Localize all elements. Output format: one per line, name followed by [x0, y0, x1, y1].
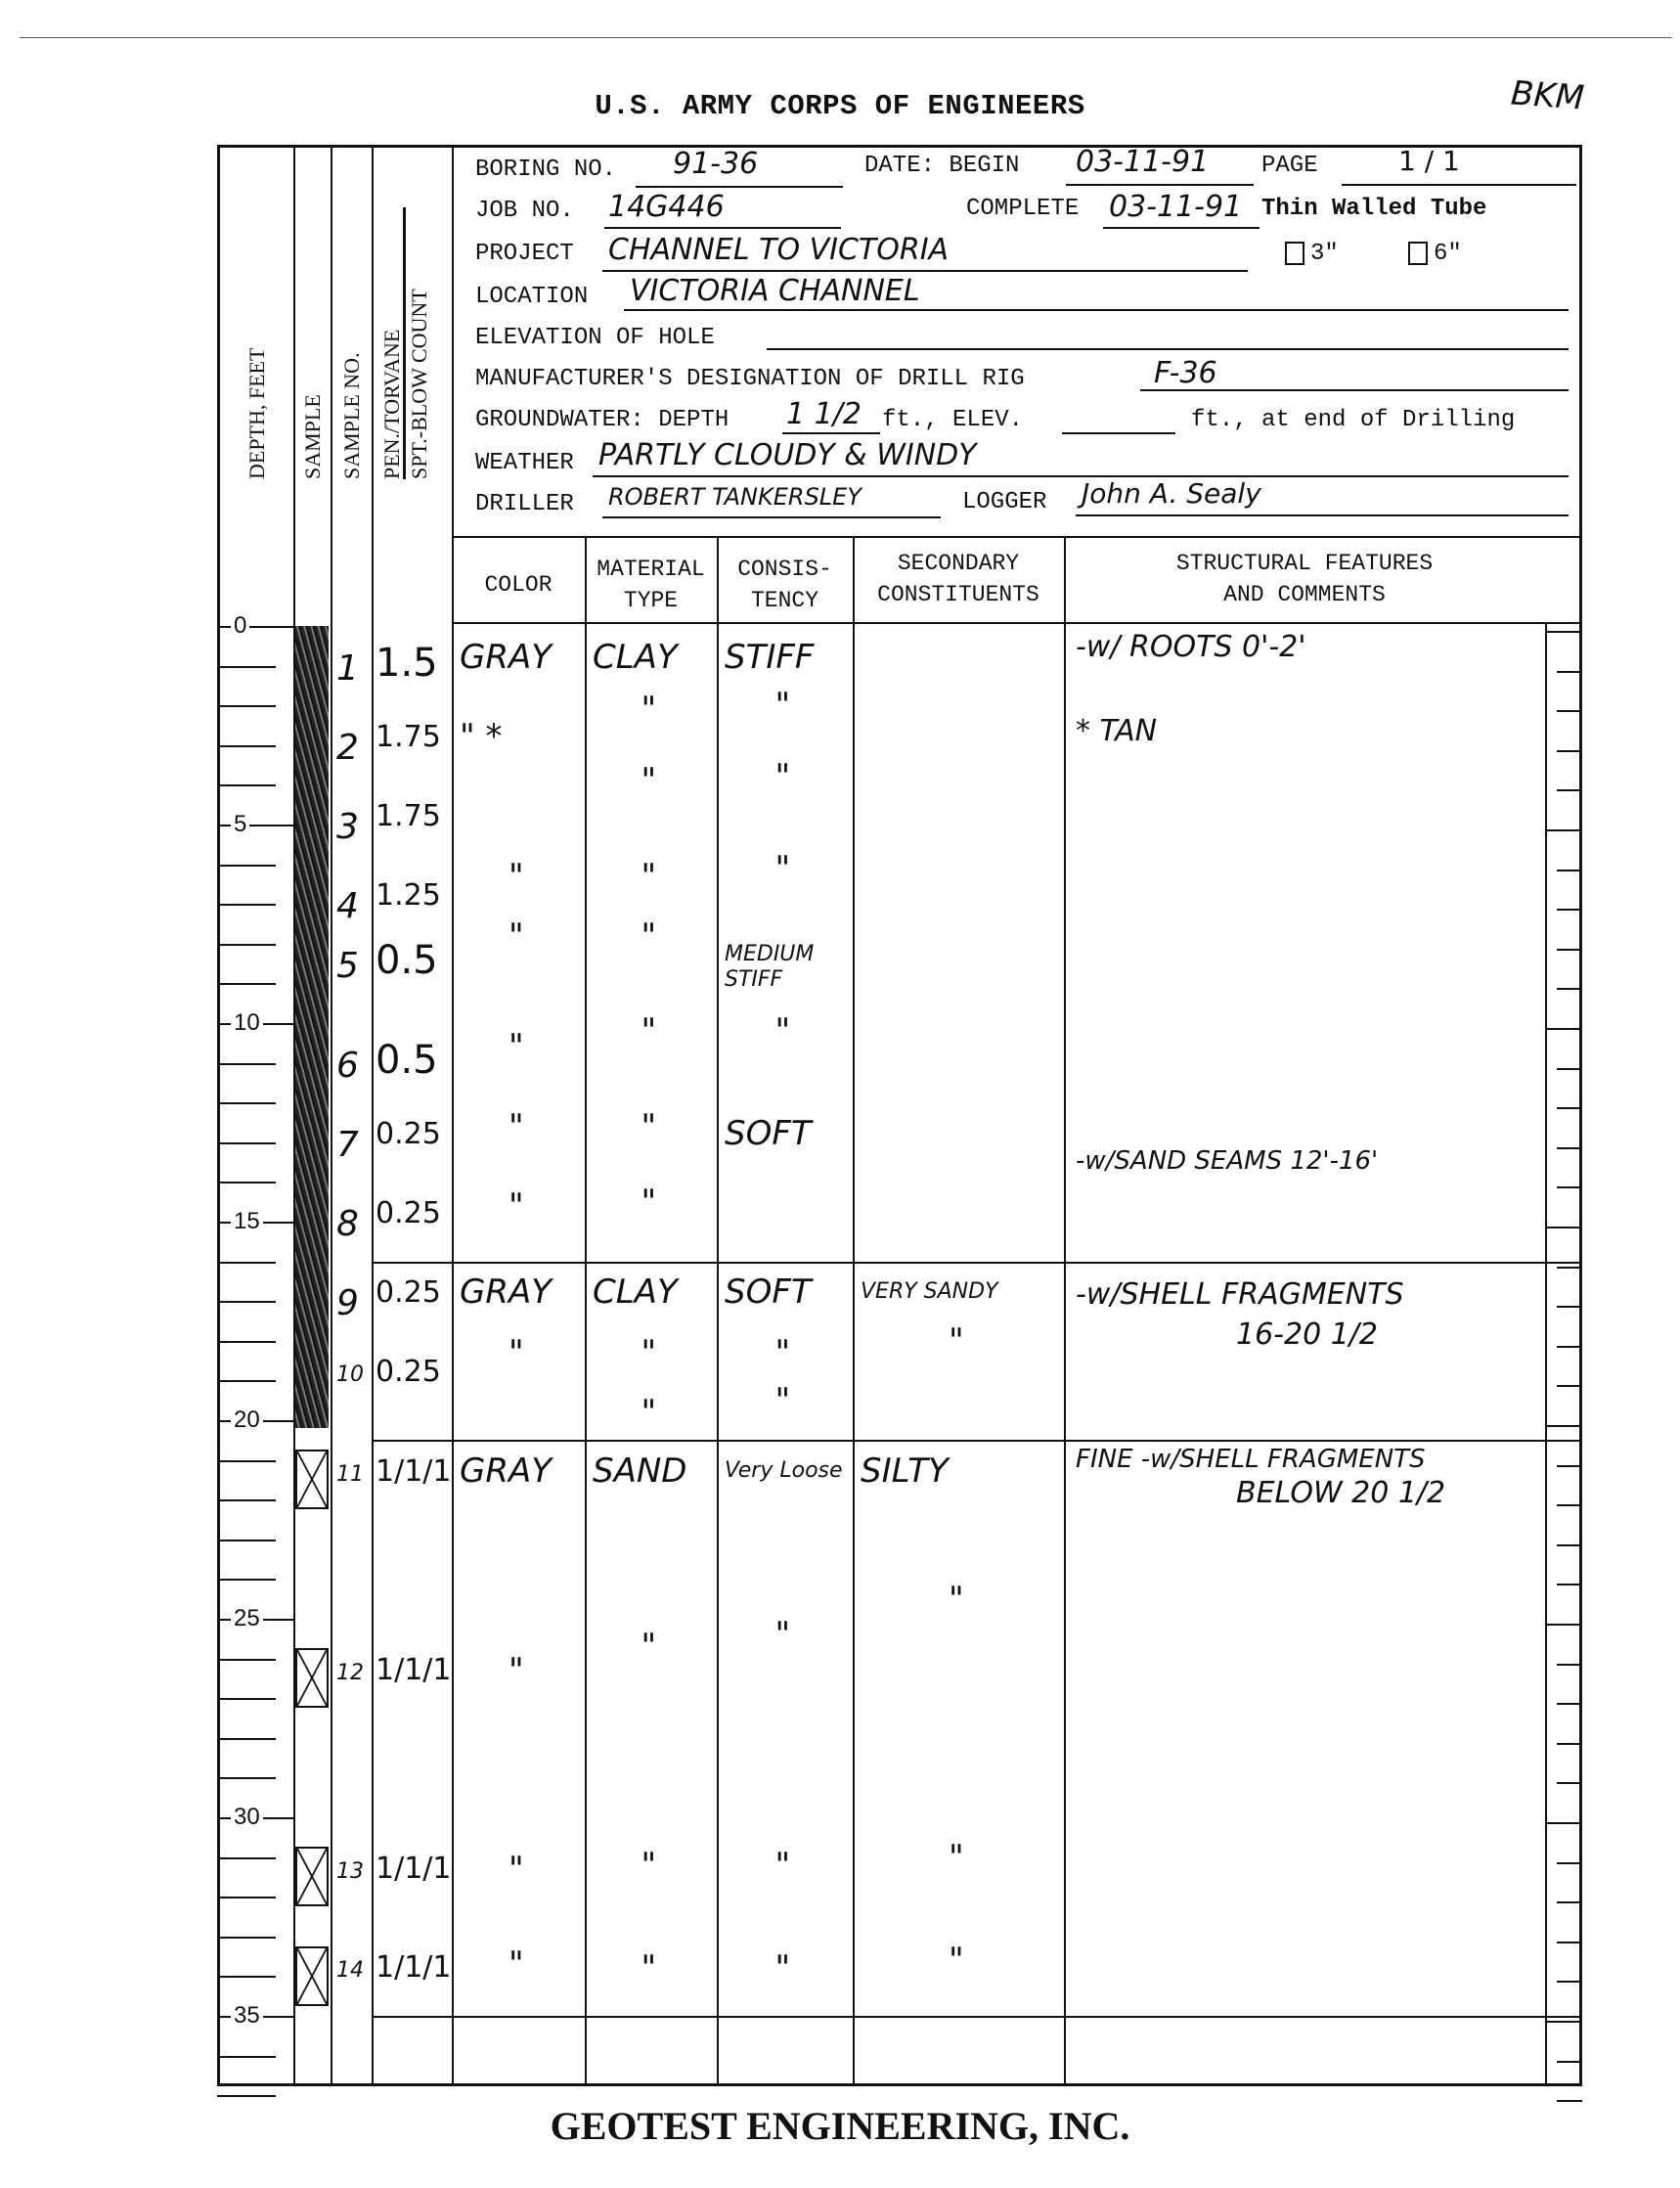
material-column-header: MATERIALTYPE	[585, 554, 717, 616]
right-depth-tick	[1557, 671, 1582, 673]
sample-number: 8	[336, 1204, 359, 1244]
consistency-value: STIFF	[725, 645, 849, 670]
header-divider	[452, 145, 454, 536]
structural-comment: * TAN	[1076, 714, 1157, 748]
date-begin-value[interactable]: 03-11-91	[1076, 145, 1209, 179]
right-depth-tick	[1557, 870, 1582, 871]
boring-no-underline	[636, 186, 843, 188]
ditto-mark: "	[775, 1948, 791, 1987]
sample-number: 5	[336, 946, 359, 986]
sample-number: 11	[336, 1462, 364, 1487]
ditto-mark: "	[508, 1850, 524, 1889]
stratum-boundary-line	[372, 1440, 1582, 1442]
sample-number: 9	[336, 1283, 359, 1323]
pen-torvane-value: 1.75	[376, 799, 441, 833]
spt-sample-marker	[295, 1450, 329, 1509]
ditto-mark: "	[641, 690, 657, 729]
date-begin-underline	[1066, 184, 1254, 186]
sample-number: 1	[336, 648, 359, 689]
depth-tick	[217, 1579, 276, 1581]
ditto-mark: "	[508, 1333, 524, 1372]
right-depth-tick	[1557, 1743, 1582, 1745]
logger-signature[interactable]: John A. Sealy	[1082, 477, 1261, 510]
depth-label: 30	[231, 1804, 263, 1831]
depth-tick	[217, 904, 276, 906]
weather-label: WEATHER	[475, 450, 574, 476]
consistency-value: Very Loose	[725, 1458, 849, 1484]
pen-torvane-value: 0.25	[376, 1117, 441, 1151]
page-underline	[1342, 184, 1576, 186]
ditto-mark: "	[641, 1393, 657, 1432]
sample-number: 6	[336, 1046, 359, 1086]
right-depth-tick	[1557, 1664, 1582, 1666]
structural-comment: BELOW 20 1/2	[1236, 1476, 1445, 1510]
depth-tick	[217, 1976, 276, 1978]
right-depth-tick	[1557, 710, 1582, 712]
ditto-mark: "	[775, 1333, 791, 1372]
ditto-mark: "	[775, 1846, 791, 1885]
tube-3in-checkbox[interactable]	[1285, 242, 1304, 265]
right-depth-tick	[1557, 949, 1582, 951]
material-value: SAND	[593, 1458, 713, 1484]
depth-tick	[217, 1380, 276, 1382]
spt-sample-marker	[295, 1648, 329, 1708]
ditto-mark: "	[641, 857, 657, 896]
sample-number: 3	[336, 807, 359, 847]
depth-tick	[217, 1897, 276, 1898]
right-depth-tick	[1545, 829, 1582, 831]
consistency-value: SOFT	[725, 1279, 849, 1305]
depth-label: 10	[231, 1009, 263, 1037]
page-label: PAGE	[1261, 153, 1318, 179]
logger-label: LOGGER	[962, 489, 1046, 515]
right-depth-tick	[1557, 1186, 1582, 1188]
pen-torvane-value: 0.5	[376, 1038, 438, 1083]
depth-label: 20	[231, 1407, 263, 1434]
sample-number: 14	[336, 1958, 364, 1983]
page-value[interactable]: 1 / 1	[1398, 145, 1460, 177]
right-depth-tick	[1557, 1306, 1582, 1308]
structural-comment: -w/SHELL FRAGMENTS	[1076, 1277, 1404, 1312]
secondary-column-header: SECONDARYCONSTITUENTS	[853, 548, 1064, 610]
pen-torvane-value: 0.25	[376, 1196, 441, 1230]
depth-label: 35	[231, 2002, 263, 2030]
sample-x-icon	[297, 1948, 327, 2004]
corner-initials: BKM	[1510, 73, 1586, 117]
right-depth-tick	[1557, 988, 1582, 990]
ditto-mark: "	[508, 1186, 524, 1226]
sample-number: 4	[336, 886, 359, 926]
groundwater-elev-underline	[1062, 432, 1175, 434]
project-label: PROJECT	[475, 241, 574, 267]
right-depth-tick	[1557, 1346, 1582, 1348]
shelby-tube-sample-fill	[295, 626, 329, 1428]
right-depth-tick	[1557, 1068, 1582, 1070]
column-divider	[853, 536, 855, 2086]
footer-company: GEOTEST ENGINEERING, INC.	[0, 2103, 1680, 2149]
agency-title: U.S. ARMY CORPS OF ENGINEERS	[0, 90, 1680, 122]
right-depth-tick	[1557, 750, 1582, 752]
right-depth-tick	[1557, 909, 1582, 911]
sample-x-icon	[297, 1849, 327, 1904]
depth-tick	[217, 1102, 276, 1104]
pen-torvane-value: 1.75	[376, 720, 441, 754]
ditto-mark: "	[508, 857, 524, 896]
ditto-mark: "	[775, 757, 791, 796]
complete-value[interactable]: 03-11-91	[1109, 190, 1242, 224]
spt-sample-marker	[295, 1946, 329, 2006]
secondary-value: SILTY	[861, 1458, 1060, 1484]
depth-tick	[217, 2056, 276, 2058]
ditto-mark: "	[508, 1027, 524, 1066]
job-no-value[interactable]: 14G446	[608, 190, 725, 224]
depth-tick	[217, 705, 276, 707]
right-depth-tick	[1545, 1624, 1582, 1626]
driller-value[interactable]: ROBERT TANKERSLEY	[608, 483, 862, 511]
depth-tick	[217, 784, 276, 786]
project-value[interactable]: CHANNEL TO VICTORIA	[608, 233, 949, 267]
header-bottom-line	[452, 536, 1582, 538]
ditto-mark: "	[949, 1580, 964, 1619]
job-no-underline	[604, 227, 841, 229]
depth-tick	[217, 1301, 276, 1303]
groundwater-depth-underline	[782, 432, 880, 434]
stratum-boundary-line	[372, 1262, 1582, 1264]
ditto-mark: "	[641, 1627, 657, 1666]
depth-label: 5	[231, 811, 249, 838]
elevation-underline	[767, 348, 1569, 350]
ditto-mark: "	[641, 916, 657, 956]
sample-number: 2	[336, 728, 359, 768]
depth-tick	[217, 1262, 276, 1264]
complete-underline	[1103, 227, 1260, 229]
ditto-mark: "	[775, 849, 791, 888]
weather-value[interactable]: PARTLY CLOUDY & WINDY	[598, 438, 977, 472]
right-depth-tick	[1557, 1385, 1582, 1387]
consistency-value: SOFT	[725, 1121, 849, 1146]
spt-blow-count-header: SPT.-BLOW COUNT	[407, 289, 432, 479]
logger-underline	[1076, 514, 1569, 516]
ditto-mark: "	[641, 1011, 657, 1050]
drill-rig-underline	[1140, 389, 1569, 391]
depth-tick	[217, 1937, 276, 1939]
structural-comment: -w/ ROOTS 0'-2'	[1076, 630, 1305, 664]
depth-tick	[217, 2095, 276, 2097]
project-underline	[602, 270, 1248, 272]
groundwater-label: GROUNDWATER: DEPTH	[475, 407, 729, 433]
ditto-mark: "	[641, 761, 657, 800]
pen-torvane-value: 1/1/1	[376, 1852, 451, 1886]
pen-torvane-value: 1.5	[376, 641, 438, 686]
sample-column-header: SAMPLE	[300, 394, 326, 479]
pen-torvane-value: 0.25	[376, 1355, 441, 1389]
depth-tick	[217, 1540, 276, 1541]
column-header-bottom-line	[452, 622, 1582, 624]
pen-torvane-value: 0.25	[376, 1275, 441, 1310]
depth-tick	[217, 666, 276, 668]
depth-label: 15	[231, 1208, 263, 1235]
depth-tick	[217, 1777, 276, 1779]
tube-6in-checkbox[interactable]	[1408, 242, 1428, 265]
pen-torvane-header: PEN./TORVANE	[379, 330, 405, 479]
ditto-mark: "	[641, 1846, 657, 1885]
right-depth-tick	[1557, 2100, 1582, 2102]
driller-underline	[602, 516, 941, 518]
depth-label: 25	[231, 1605, 263, 1632]
right-depth-tick	[1557, 789, 1582, 791]
right-depth-tick	[1545, 1028, 1582, 1030]
sample-number: 10	[336, 1362, 364, 1387]
ditto-mark: "	[949, 1838, 964, 1877]
tube-6in-label: 6"	[1434, 241, 1462, 267]
column-divider	[372, 145, 374, 2086]
right-depth-tick	[1557, 1901, 1582, 1903]
tube-6in-option[interactable]: 6"	[1408, 241, 1462, 267]
ditto-mark: "	[775, 1381, 791, 1420]
ditto-mark: "	[641, 1948, 657, 1987]
sample-no-column-header: SAMPLE NO.	[339, 352, 365, 479]
scan-top-edge	[20, 37, 1672, 38]
drill-rig-label: MANUFACTURER'S DESIGNATION OF DRILL RIG	[475, 366, 1025, 392]
sample-number: 13	[336, 1859, 364, 1884]
secondary-value: VERY SANDY	[861, 1279, 1060, 1305]
right-depth-tick	[1557, 1504, 1582, 1506]
depth-tick	[217, 1857, 276, 1859]
right-depth-tick	[1557, 1465, 1582, 1467]
job-no-label: JOB NO.	[475, 198, 574, 224]
right-depth-tick	[1545, 631, 1582, 633]
ditto-mark: "	[641, 1107, 657, 1146]
boring-no-label: BORING NO.	[475, 156, 616, 183]
right-depth-tick	[1557, 1267, 1582, 1269]
right-depth-tick	[1557, 1107, 1582, 1109]
depth-tick	[217, 1142, 276, 1144]
color-value: GRAY	[460, 645, 581, 670]
right-depth-tick	[1557, 1147, 1582, 1149]
ditto-mark: "	[508, 1651, 524, 1690]
right-depth-tick	[1545, 2021, 1582, 2023]
thin-walled-tube-label: Thin Walled Tube	[1261, 196, 1486, 222]
groundwater-elev-label: ft., ELEV.	[882, 407, 1023, 433]
ditto-mark: "	[949, 1321, 964, 1361]
depth-tick	[217, 1698, 276, 1700]
right-depth-tick	[1557, 1981, 1582, 1983]
depth-tick	[217, 1499, 276, 1501]
right-depth-tick	[1557, 2061, 1582, 2063]
consistency-value: MEDIUM STIFF	[725, 942, 849, 993]
ditto-mark: "	[508, 916, 524, 956]
sample-x-icon	[297, 1451, 327, 1507]
location-underline	[624, 309, 1569, 311]
location-label: LOCATION	[475, 284, 588, 310]
right-depth-tick	[1557, 1584, 1582, 1585]
column-divider	[1064, 536, 1066, 2086]
material-value: CLAY	[593, 1279, 713, 1305]
ditto-mark: "	[775, 1615, 791, 1654]
right-depth-tick	[1557, 1862, 1582, 1864]
ditto-mark: "	[508, 1944, 524, 1984]
pen-torvane-value: 1/1/1	[376, 1950, 451, 1985]
groundwater-end-label: ft., at end of Drilling	[1191, 407, 1515, 433]
sample-x-icon	[297, 1650, 327, 1706]
depth-tick	[217, 983, 276, 985]
ditto-mark: "	[949, 1941, 964, 1980]
right-depth-tick	[1545, 1425, 1582, 1427]
pen-torvane-value: 1/1/1	[376, 1454, 451, 1489]
ditto-mark: "	[641, 1183, 657, 1222]
groundwater-depth-value[interactable]: 1 1/2	[786, 397, 862, 431]
complete-label: COMPLETE	[966, 196, 1079, 222]
color-value: " *	[460, 724, 581, 749]
column-divider	[585, 536, 587, 2086]
weather-underline	[593, 475, 1569, 477]
column-divider	[331, 145, 332, 2086]
consistency-column-header: CONSIS-TENCY	[717, 554, 853, 616]
right-depth-tick	[1557, 1544, 1582, 1546]
depth-tick	[217, 865, 276, 867]
date-begin-label: DATE: BEGIN	[864, 153, 1019, 179]
material-value: CLAY	[593, 645, 713, 670]
pen-torvane-value: 1/1/1	[376, 1653, 451, 1687]
driller-label: DRILLER	[475, 491, 574, 517]
structural-comment: -w/SAND SEAMS 12'-16'	[1076, 1146, 1378, 1176]
ditto-mark: "	[641, 1333, 657, 1372]
location-value[interactable]: VICTORIA CHANNEL	[630, 274, 920, 308]
sample-number: 7	[336, 1125, 359, 1165]
depth-tick	[217, 944, 276, 946]
tube-3in-option[interactable]: 3"	[1285, 241, 1339, 267]
ditto-mark: "	[775, 1011, 791, 1050]
structural-column-header: STRUCTURAL FEATURESAND COMMENTS	[1064, 548, 1545, 610]
color-column-header: COLOR	[452, 569, 585, 601]
right-depth-tick	[1557, 1703, 1582, 1705]
stratum-boundary-line	[372, 2016, 1582, 2018]
pen-spt-divider	[403, 207, 406, 479]
structural-comment: 16-20 1/2	[1236, 1317, 1378, 1352]
sample-number: 12	[336, 1661, 364, 1685]
right-depth-tick	[1557, 1782, 1582, 1784]
depth-tick	[217, 745, 276, 747]
ditto-mark: "	[775, 686, 791, 725]
drill-rig-value[interactable]: F-36	[1154, 356, 1217, 390]
right-depth-tick	[1557, 1942, 1582, 1943]
depth-major-tick	[217, 626, 293, 628]
elevation-label: ELEVATION OF HOLE	[475, 325, 715, 351]
right-depth-tick	[1545, 1822, 1582, 1824]
color-value: GRAY	[460, 1279, 581, 1305]
ditto-mark: "	[508, 1107, 524, 1146]
color-value: GRAY	[460, 1458, 581, 1484]
depth-tick	[217, 1460, 276, 1462]
depth-tick	[217, 1341, 276, 1343]
depth-tick	[217, 1063, 276, 1065]
spt-sample-marker	[295, 1847, 329, 1906]
depth-label: 0	[231, 612, 249, 640]
tick-column-divider	[1545, 622, 1547, 2086]
column-divider	[717, 536, 719, 2086]
depth-tick	[217, 1182, 276, 1183]
depth-major-tick	[217, 825, 293, 826]
depth-tick	[217, 1738, 276, 1740]
pen-torvane-value: 0.5	[376, 938, 438, 983]
right-depth-tick	[1545, 1227, 1582, 1228]
tube-3in-label: 3"	[1310, 241, 1339, 267]
depth-tick	[217, 1659, 276, 1661]
structural-comment: FINE -w/SHELL FRAGMENTS	[1076, 1445, 1426, 1474]
depth-column-header: DEPTH, FEET	[244, 348, 270, 479]
boring-no-value[interactable]: 91-36	[673, 147, 758, 181]
pen-torvane-value: 1.25	[376, 878, 441, 913]
